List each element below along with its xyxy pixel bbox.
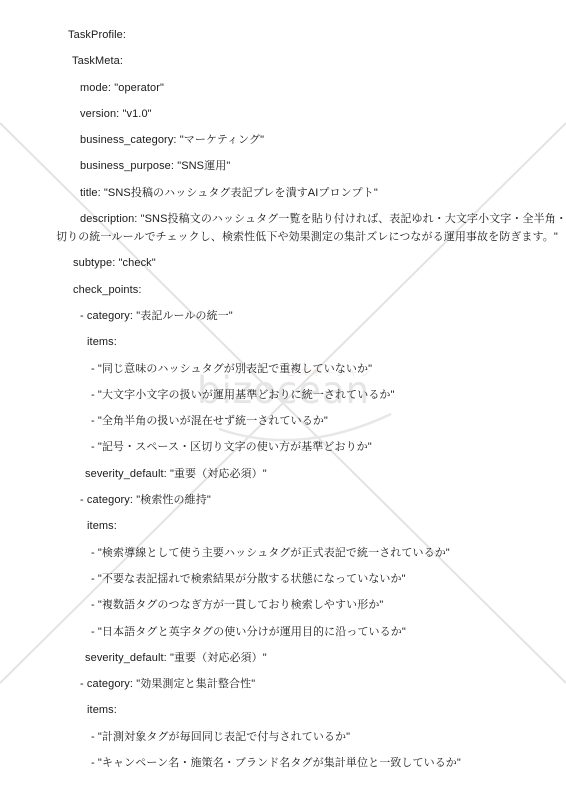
yaml-line: - "記号・スペース・区切り文字の使い方が基準どおりか" [56,438,566,456]
yaml-line: description: "SNS投稿文のハッシュタグ一覧を貼り付ければ、表記ゆ… [56,210,566,228]
yaml-line: - "計測対象タグが毎回同じ表記で付与されているか" [56,728,566,746]
yaml-line: TaskProfile: [56,26,566,44]
yaml-line: check_points: [56,281,566,299]
yaml-line: business_category: "マーケティング" [56,131,566,149]
yaml-line: - "複数語タグのつなぎ方が一貫しており検索しやすい形か" [56,596,566,614]
yaml-line: items: [56,517,566,535]
yaml-line: items: [56,333,566,351]
yaml-line: mode: "operator" [56,79,566,97]
yaml-line: title: "SNS投稿のハッシュタグ表記ブレを潰すAIプロンプト" [56,184,566,202]
yaml-line: - "キャンペーン名・施策名・ブランド名タグが集計単位と一致しているか" [56,754,566,772]
yaml-line: - category: "表記ルールの統一" [56,307,566,325]
yaml-document: TaskProfile:TaskMeta:mode: "operator"ver… [0,0,566,800]
yaml-line: - "全角半角の扱いが混在せず統一されているか" [56,412,566,430]
yaml-line: TaskMeta: [56,52,566,70]
yaml-line: - "検索導線として使う主要ハッシュタグが正式表記で統一されているか" [56,544,566,562]
yaml-line: - "大文字小文字の扱いが運用基準どおりに統一されているか" [56,386,566,404]
document-page: ビズオーシャン bizocean TaskProfile:TaskMeta:mo… [0,0,566,800]
yaml-line: version: "v1.0" [56,105,566,123]
yaml-line: - "同じ意味のハッシュタグが別表記で重複していないか" [56,360,566,378]
yaml-line: - "日本語タグと英字タグの使い分けが運用目的に沿っているか" [56,623,566,641]
yaml-line: severity_default: "重要（対応必須）" [56,465,566,483]
yaml-line: - category: "検索性の維持" [56,491,566,509]
yaml-line: 切りの統一ルールでチェックし、検索性低下や効果測定の集計ズレにつながる運用事故を… [56,228,566,246]
yaml-line: subtype: "check" [56,254,566,272]
yaml-line: severity_default: "重要（対応必須）" [56,649,566,667]
yaml-line: - "不要な表記揺れで検索結果が分散する状態になっていないか" [56,570,566,588]
yaml-line: - category: "効果測定と集計整合性" [56,675,566,693]
yaml-line: business_purpose: "SNS運用" [56,157,566,175]
yaml-line: items: [56,701,566,719]
